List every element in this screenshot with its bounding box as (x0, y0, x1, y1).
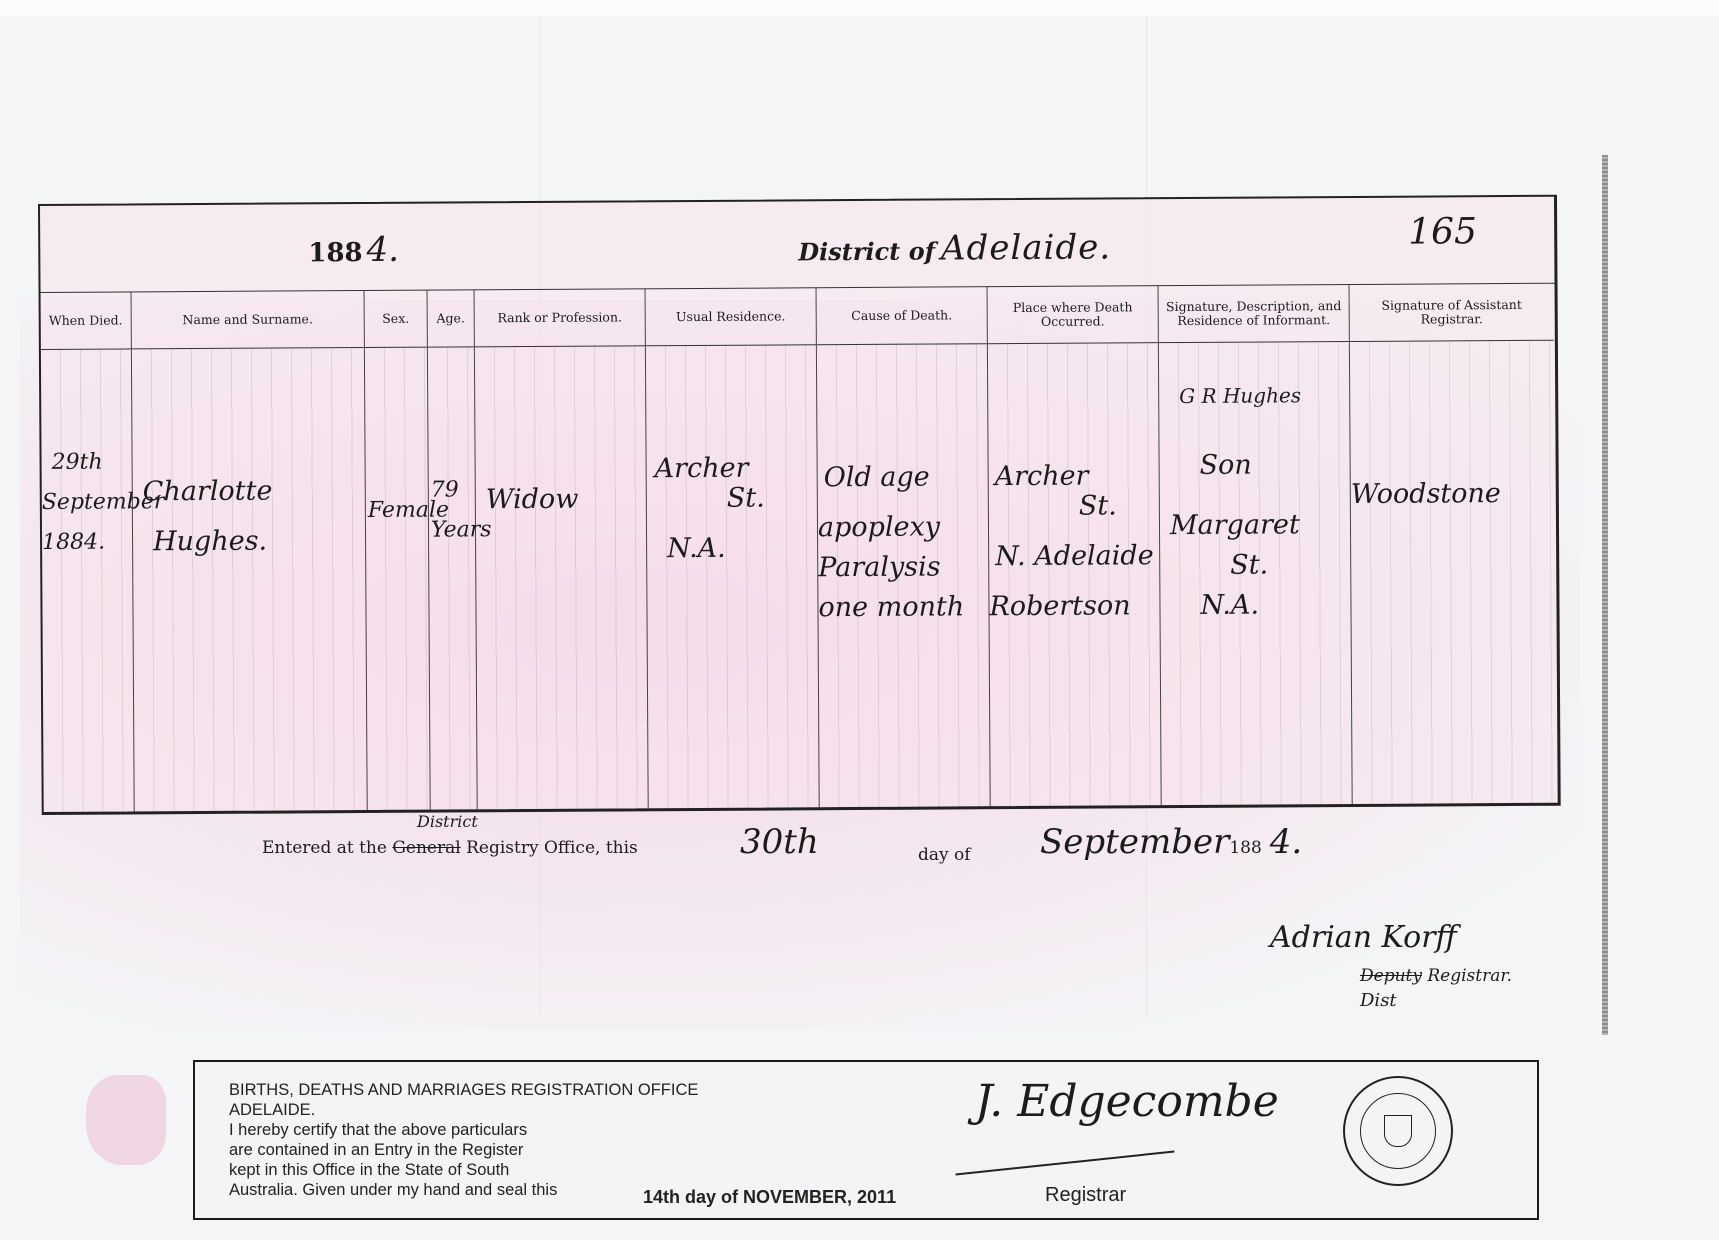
entered-month: September1884. (1040, 822, 1302, 862)
column-header: When Died. (41, 291, 131, 350)
column-body: Female (365, 348, 430, 810)
column-body: CharlotteHughes. (132, 348, 367, 811)
entry-value: G R Hughes (1179, 372, 1301, 419)
certification-date: 14th day of NOVEMBER, 2011 (643, 1187, 896, 1208)
entry-value: Robertson (989, 583, 1130, 630)
entry-value: 1884. (42, 520, 105, 566)
entered-line: Entered at the General District Registry… (262, 838, 638, 858)
scan-top-margin (0, 0, 1719, 16)
column-header: Place where Death Occurred. (988, 285, 1158, 344)
column-body: Woodstone (1350, 341, 1557, 804)
register-column: Cause of Death.Old ageapoplexyParalysiso… (817, 286, 991, 807)
column-header: Age. (428, 289, 474, 347)
certification-text: BIRTHS, DEATHS AND MARRIAGES REGISTRATIO… (229, 1080, 698, 1200)
entry-value: Charlotte (143, 469, 273, 516)
column-header: Signature, Description, and Residence of… (1159, 284, 1349, 343)
register-column: Usual Residence.ArcherSt.N.A. (646, 287, 820, 808)
register-header: 1884. District ofAdelaide. 165 (40, 197, 1555, 293)
entry-value: St. (727, 476, 765, 522)
entry-value: N. Adelaide (995, 533, 1154, 580)
crest-icon (1384, 1115, 1412, 1147)
struck-word: General (392, 838, 460, 858)
register-column: Age.79Years (428, 289, 478, 809)
register-column: Sex.Female (365, 290, 431, 810)
register-columns: When Died.29thSeptember1884.Name and Sur… (41, 283, 1558, 812)
column-header: Sex. (365, 290, 427, 348)
column-body: G R HughesSonMargaretSt.N.A. (1159, 342, 1352, 805)
column-body: ArcherSt.N. AdelaideRobertson (988, 343, 1161, 806)
column-body: 29thSeptember1884. (41, 349, 134, 812)
certification-box: BIRTHS, DEATHS AND MARRIAGES REGISTRATIO… (193, 1060, 1539, 1220)
district: District ofAdelaide. (798, 227, 1111, 269)
entered-day: 30th (740, 822, 819, 862)
column-header: Signature of Assistant Registrar. (1350, 283, 1554, 342)
entry-value: one month (818, 584, 964, 631)
register-column: Place where Death Occurred.ArcherSt.N. A… (988, 285, 1162, 806)
registrar-title: Deputy Registrar. Dist (1360, 966, 1512, 986)
entry-number: 165 (1408, 211, 1477, 252)
register-column: Name and Surname.CharlotteHughes. (132, 290, 368, 811)
entry-value: Widow (486, 477, 579, 524)
column-header: Usual Residence. (646, 287, 816, 346)
page-edge-bar (1602, 155, 1608, 1035)
register-column: Rank or Profession.Widow (475, 288, 649, 809)
column-body: Widow (475, 346, 648, 809)
certifier-title: Registrar (1045, 1184, 1126, 1207)
entry-value: N.A. (1200, 583, 1259, 629)
official-seal-icon (1343, 1076, 1453, 1186)
register-column: When Died.29thSeptember1884. (41, 291, 135, 812)
inserted-word: District (417, 812, 478, 831)
entry-value: St. (1079, 483, 1117, 529)
column-header: Name and Surname. (132, 290, 364, 349)
register-column: Signature, Description, and Residence of… (1159, 284, 1353, 805)
column-body: ArcherSt.N.A. (646, 345, 819, 808)
day-of-label: day of (918, 845, 971, 865)
register-year: 1884. (308, 230, 399, 271)
column-body: 79Years (428, 347, 477, 809)
death-register-entry: 1884. District ofAdelaide. 165 When Died… (38, 195, 1561, 815)
map-watermark (86, 1075, 166, 1165)
certifier-signature: J. Edgecombe (975, 1076, 1279, 1127)
column-header: Rank or Profession. (475, 288, 645, 347)
entry-value: Archer (995, 454, 1089, 501)
signature-line (955, 1151, 1174, 1176)
entry-value: Hughes. (153, 519, 267, 566)
column-header: Cause of Death. (817, 286, 987, 345)
entry-value: Woodstone (1351, 471, 1501, 518)
registrar-signature: Adrian Korff (1270, 920, 1457, 955)
entry-value: Old age (824, 455, 930, 502)
entry-value: Son (1199, 443, 1251, 489)
column-body: Old ageapoplexyParalysisone month (817, 344, 990, 807)
district-value: Adelaide. (941, 227, 1111, 268)
entry-value: N.A. (667, 526, 726, 572)
register-column: Signature of Assistant Registrar.Woodsto… (1350, 283, 1557, 804)
